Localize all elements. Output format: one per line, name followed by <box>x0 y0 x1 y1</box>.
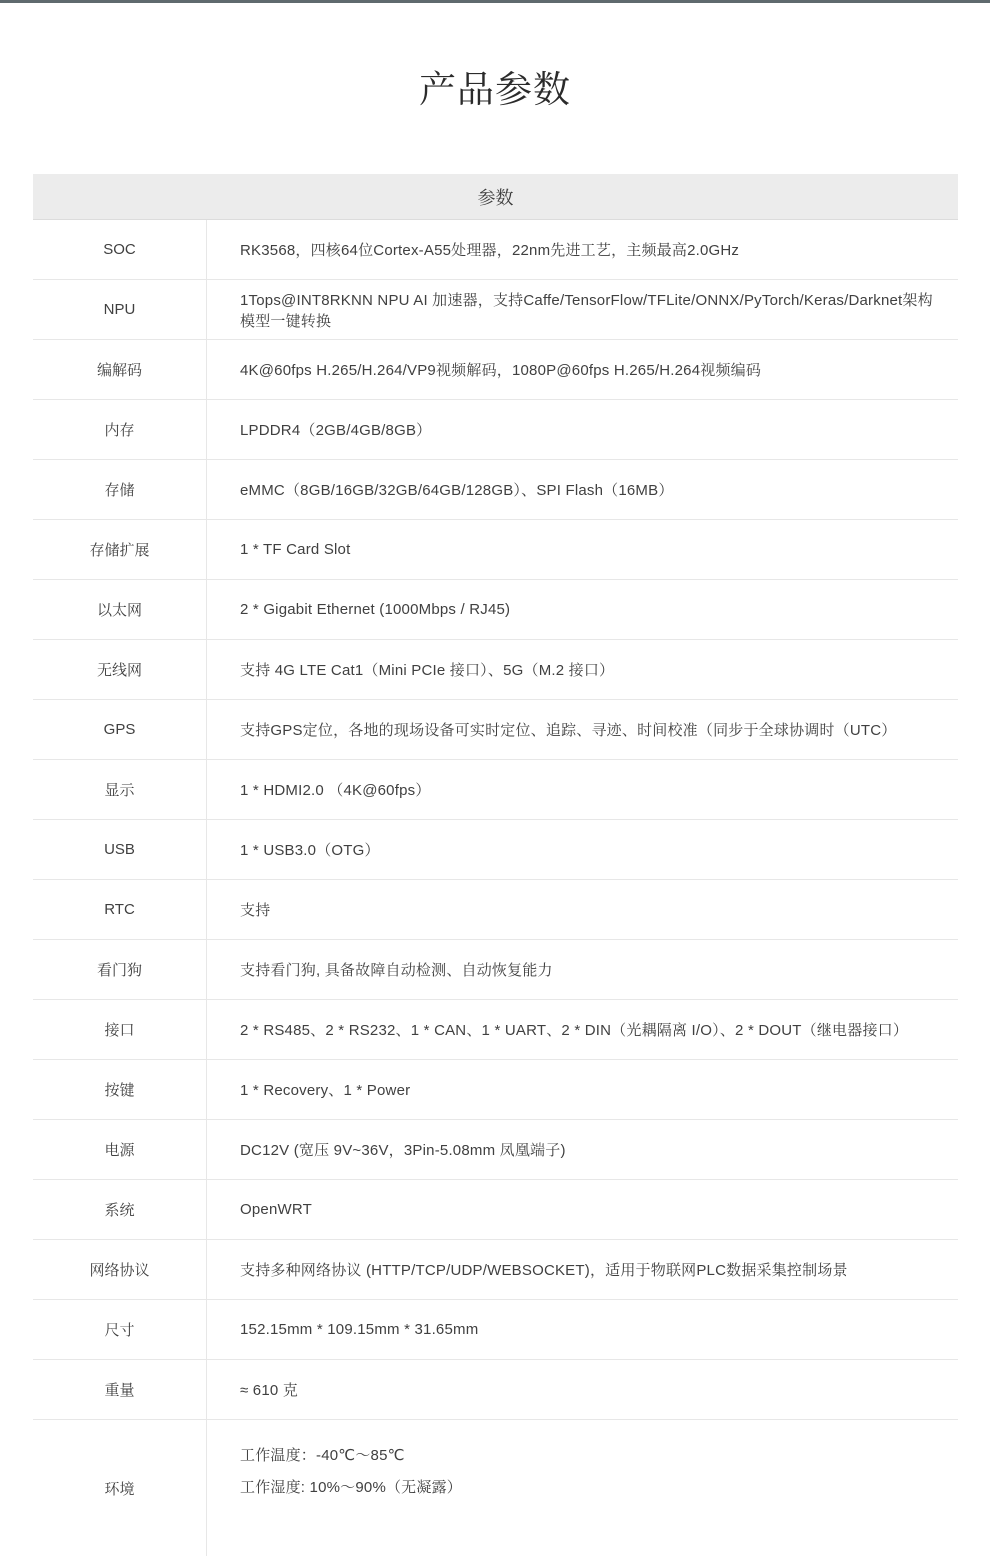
spec-value: 支持GPS定位，各地的现场设备可实时定位、追踪、寻迹、时间校准（同步于全球协调时… <box>207 700 958 759</box>
table-row: 编解码4K@60fps H.265/H.264/VP9视频解码，1080P@60… <box>33 340 958 400</box>
table-row: 以太网2 * Gigabit Ethernet (1000Mbps / RJ45… <box>33 580 958 640</box>
spec-value: 1 * HDMI2.0 （4K@60fps） <box>207 760 958 819</box>
table-row: 电源DC12V (宽压 9V~36V，3Pin-5.08mm 凤凰端子) <box>33 1120 958 1180</box>
table-row: USB1 * USB3.0（OTG） <box>33 820 958 880</box>
spec-label: 接口 <box>33 1000 207 1059</box>
spec-label: 以太网 <box>33 580 207 639</box>
table-row: 无线网支持 4G LTE Cat1（Mini PCIe 接口）、5G（M.2 接… <box>33 640 958 700</box>
spec-value: 1 * TF Card Slot <box>207 520 958 579</box>
spec-value: 152.15mm * 109.15mm * 31.65mm <box>207 1300 958 1359</box>
spec-value: 支持 <box>207 880 958 939</box>
table-header: 参数 <box>33 174 958 220</box>
table-row: 接口2 * RS485、2 * RS232、1 * CAN、1 * UART、2… <box>33 1000 958 1060</box>
spec-value: OpenWRT <box>207 1180 958 1239</box>
table-row: 重量≈ 610 克 <box>33 1360 958 1420</box>
table-row: 环境工作温度：-40℃～85℃工作湿度: 10%～90%（无凝露） <box>33 1420 958 1556</box>
spec-value: 支持 4G LTE Cat1（Mini PCIe 接口）、5G（M.2 接口） <box>207 640 958 699</box>
top-bar <box>0 0 990 3</box>
spec-value: 1 * Recovery、1 * Power <box>207 1060 958 1119</box>
spec-value: 2 * Gigabit Ethernet (1000Mbps / RJ45) <box>207 580 958 639</box>
spec-label: NPU <box>33 280 207 339</box>
spec-value: DC12V (宽压 9V~36V，3Pin-5.08mm 凤凰端子) <box>207 1120 958 1179</box>
spec-label: 看门狗 <box>33 940 207 999</box>
table-row: 内存LPDDR4（2GB/4GB/8GB） <box>33 400 958 460</box>
spec-label: 重量 <box>33 1360 207 1419</box>
spec-label: 尺寸 <box>33 1300 207 1359</box>
spec-value: LPDDR4（2GB/4GB/8GB） <box>207 400 958 459</box>
table-row: 网络协议支持多种网络协议 (HTTP/TCP/UDP/WEBSOCKET)，适用… <box>33 1240 958 1300</box>
table-row: SOCRK3568，四核64位Cortex-A55处理器，22nm先进工艺，主频… <box>33 220 958 280</box>
spec-value: ≈ 610 克 <box>207 1360 958 1419</box>
spec-value: 1 * USB3.0（OTG） <box>207 820 958 879</box>
spec-label: 存储 <box>33 460 207 519</box>
table-row: GPS支持GPS定位，各地的现场设备可实时定位、追踪、寻迹、时间校准（同步于全球… <box>33 700 958 760</box>
spec-label: SOC <box>33 220 207 279</box>
spec-table-body: SOCRK3568，四核64位Cortex-A55处理器，22nm先进工艺，主频… <box>33 220 958 1556</box>
spec-value-line: 工作温度：-40℃～85℃ <box>240 1440 405 1472</box>
spec-label: 按键 <box>33 1060 207 1119</box>
spec-label: 环境 <box>33 1420 207 1556</box>
table-row: 系统OpenWRT <box>33 1180 958 1240</box>
table-row: 存储扩展1 * TF Card Slot <box>33 520 958 580</box>
spec-label: 无线网 <box>33 640 207 699</box>
spec-value: 支持看门狗, 具备故障自动检测、自动恢复能力 <box>207 940 958 999</box>
spec-label: 系统 <box>33 1180 207 1239</box>
spec-value-line: 工作湿度: 10%～90%（无凝露） <box>240 1472 462 1504</box>
spec-value: RK3568，四核64位Cortex-A55处理器，22nm先进工艺，主频最高2… <box>207 220 958 279</box>
page-title: 产品参数 <box>0 67 990 113</box>
spec-label: 编解码 <box>33 340 207 399</box>
spec-label: USB <box>33 820 207 879</box>
table-row: 尺寸152.15mm * 109.15mm * 31.65mm <box>33 1300 958 1360</box>
spec-label: RTC <box>33 880 207 939</box>
table-row: 显示1 * HDMI2.0 （4K@60fps） <box>33 760 958 820</box>
spec-value: 4K@60fps H.265/H.264/VP9视频解码，1080P@60fps… <box>207 340 958 399</box>
table-row: 看门狗支持看门狗, 具备故障自动检测、自动恢复能力 <box>33 940 958 1000</box>
table-row: RTC支持 <box>33 880 958 940</box>
spec-label: 存储扩展 <box>33 520 207 579</box>
spec-label: 内存 <box>33 400 207 459</box>
spec-value: 2 * RS485、2 * RS232、1 * CAN、1 * UART、2 *… <box>207 1000 958 1059</box>
spec-label: GPS <box>33 700 207 759</box>
spec-value: 工作温度：-40℃～85℃工作湿度: 10%～90%（无凝露） <box>207 1420 958 1556</box>
table-row: NPU1Tops@INT8RKNN NPU AI 加速器，支持Caffe/Ten… <box>33 280 958 340</box>
table-row: 存储eMMC（8GB/16GB/32GB/64GB/128GB）、SPI Fla… <box>33 460 958 520</box>
spec-value: 支持多种网络协议 (HTTP/TCP/UDP/WEBSOCKET)，适用于物联网… <box>207 1240 958 1299</box>
spec-value: eMMC（8GB/16GB/32GB/64GB/128GB）、SPI Flash… <box>207 460 958 519</box>
table-row: 按键1 * Recovery、1 * Power <box>33 1060 958 1120</box>
spec-label: 显示 <box>33 760 207 819</box>
table-header-label: 参数 <box>478 184 514 210</box>
spec-label: 电源 <box>33 1120 207 1179</box>
spec-label: 网络协议 <box>33 1240 207 1299</box>
spec-value: 1Tops@INT8RKNN NPU AI 加速器，支持Caffe/Tensor… <box>207 280 958 339</box>
spec-table: 参数 SOCRK3568，四核64位Cortex-A55处理器，22nm先进工艺… <box>33 174 958 1556</box>
